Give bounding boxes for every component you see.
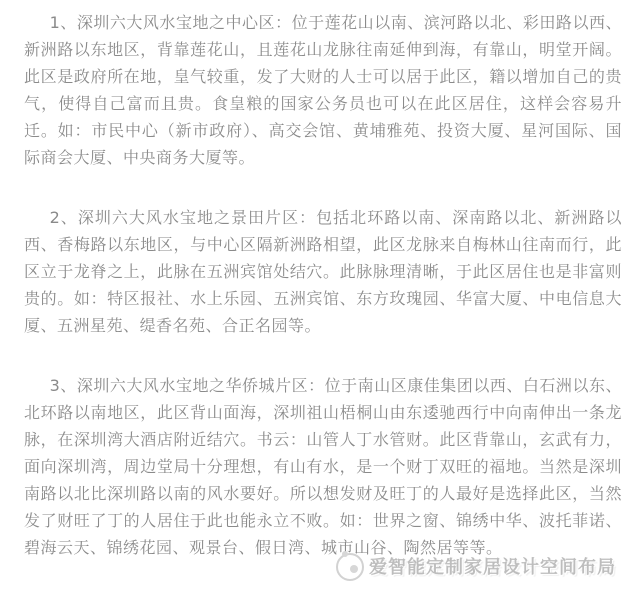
paragraph-center-district: 1、深圳六大风水宝地之中心区：位于莲花山以南、滨河路以北、彩田路以西、新洲路以东… <box>24 9 622 171</box>
watermark-text: 爱智能定制家居设计空间布局 <box>369 554 616 581</box>
article-page: 1、深圳六大风水宝地之中心区：位于莲花山以南、滨河路以北、彩田路以西、新洲路以东… <box>0 0 628 605</box>
paragraph-jingtian-district: 2、深圳六大风水宝地之景田片区：包括北环路以南、深南路以北、新洲路以西、香梅路以… <box>24 204 622 339</box>
brand-logo-icon <box>336 553 364 581</box>
paragraph-oct-district: 3、深圳六大风水宝地之华侨城片区：位于南山区康佳集团以西、白石洲以东、北环路以南… <box>24 372 622 561</box>
